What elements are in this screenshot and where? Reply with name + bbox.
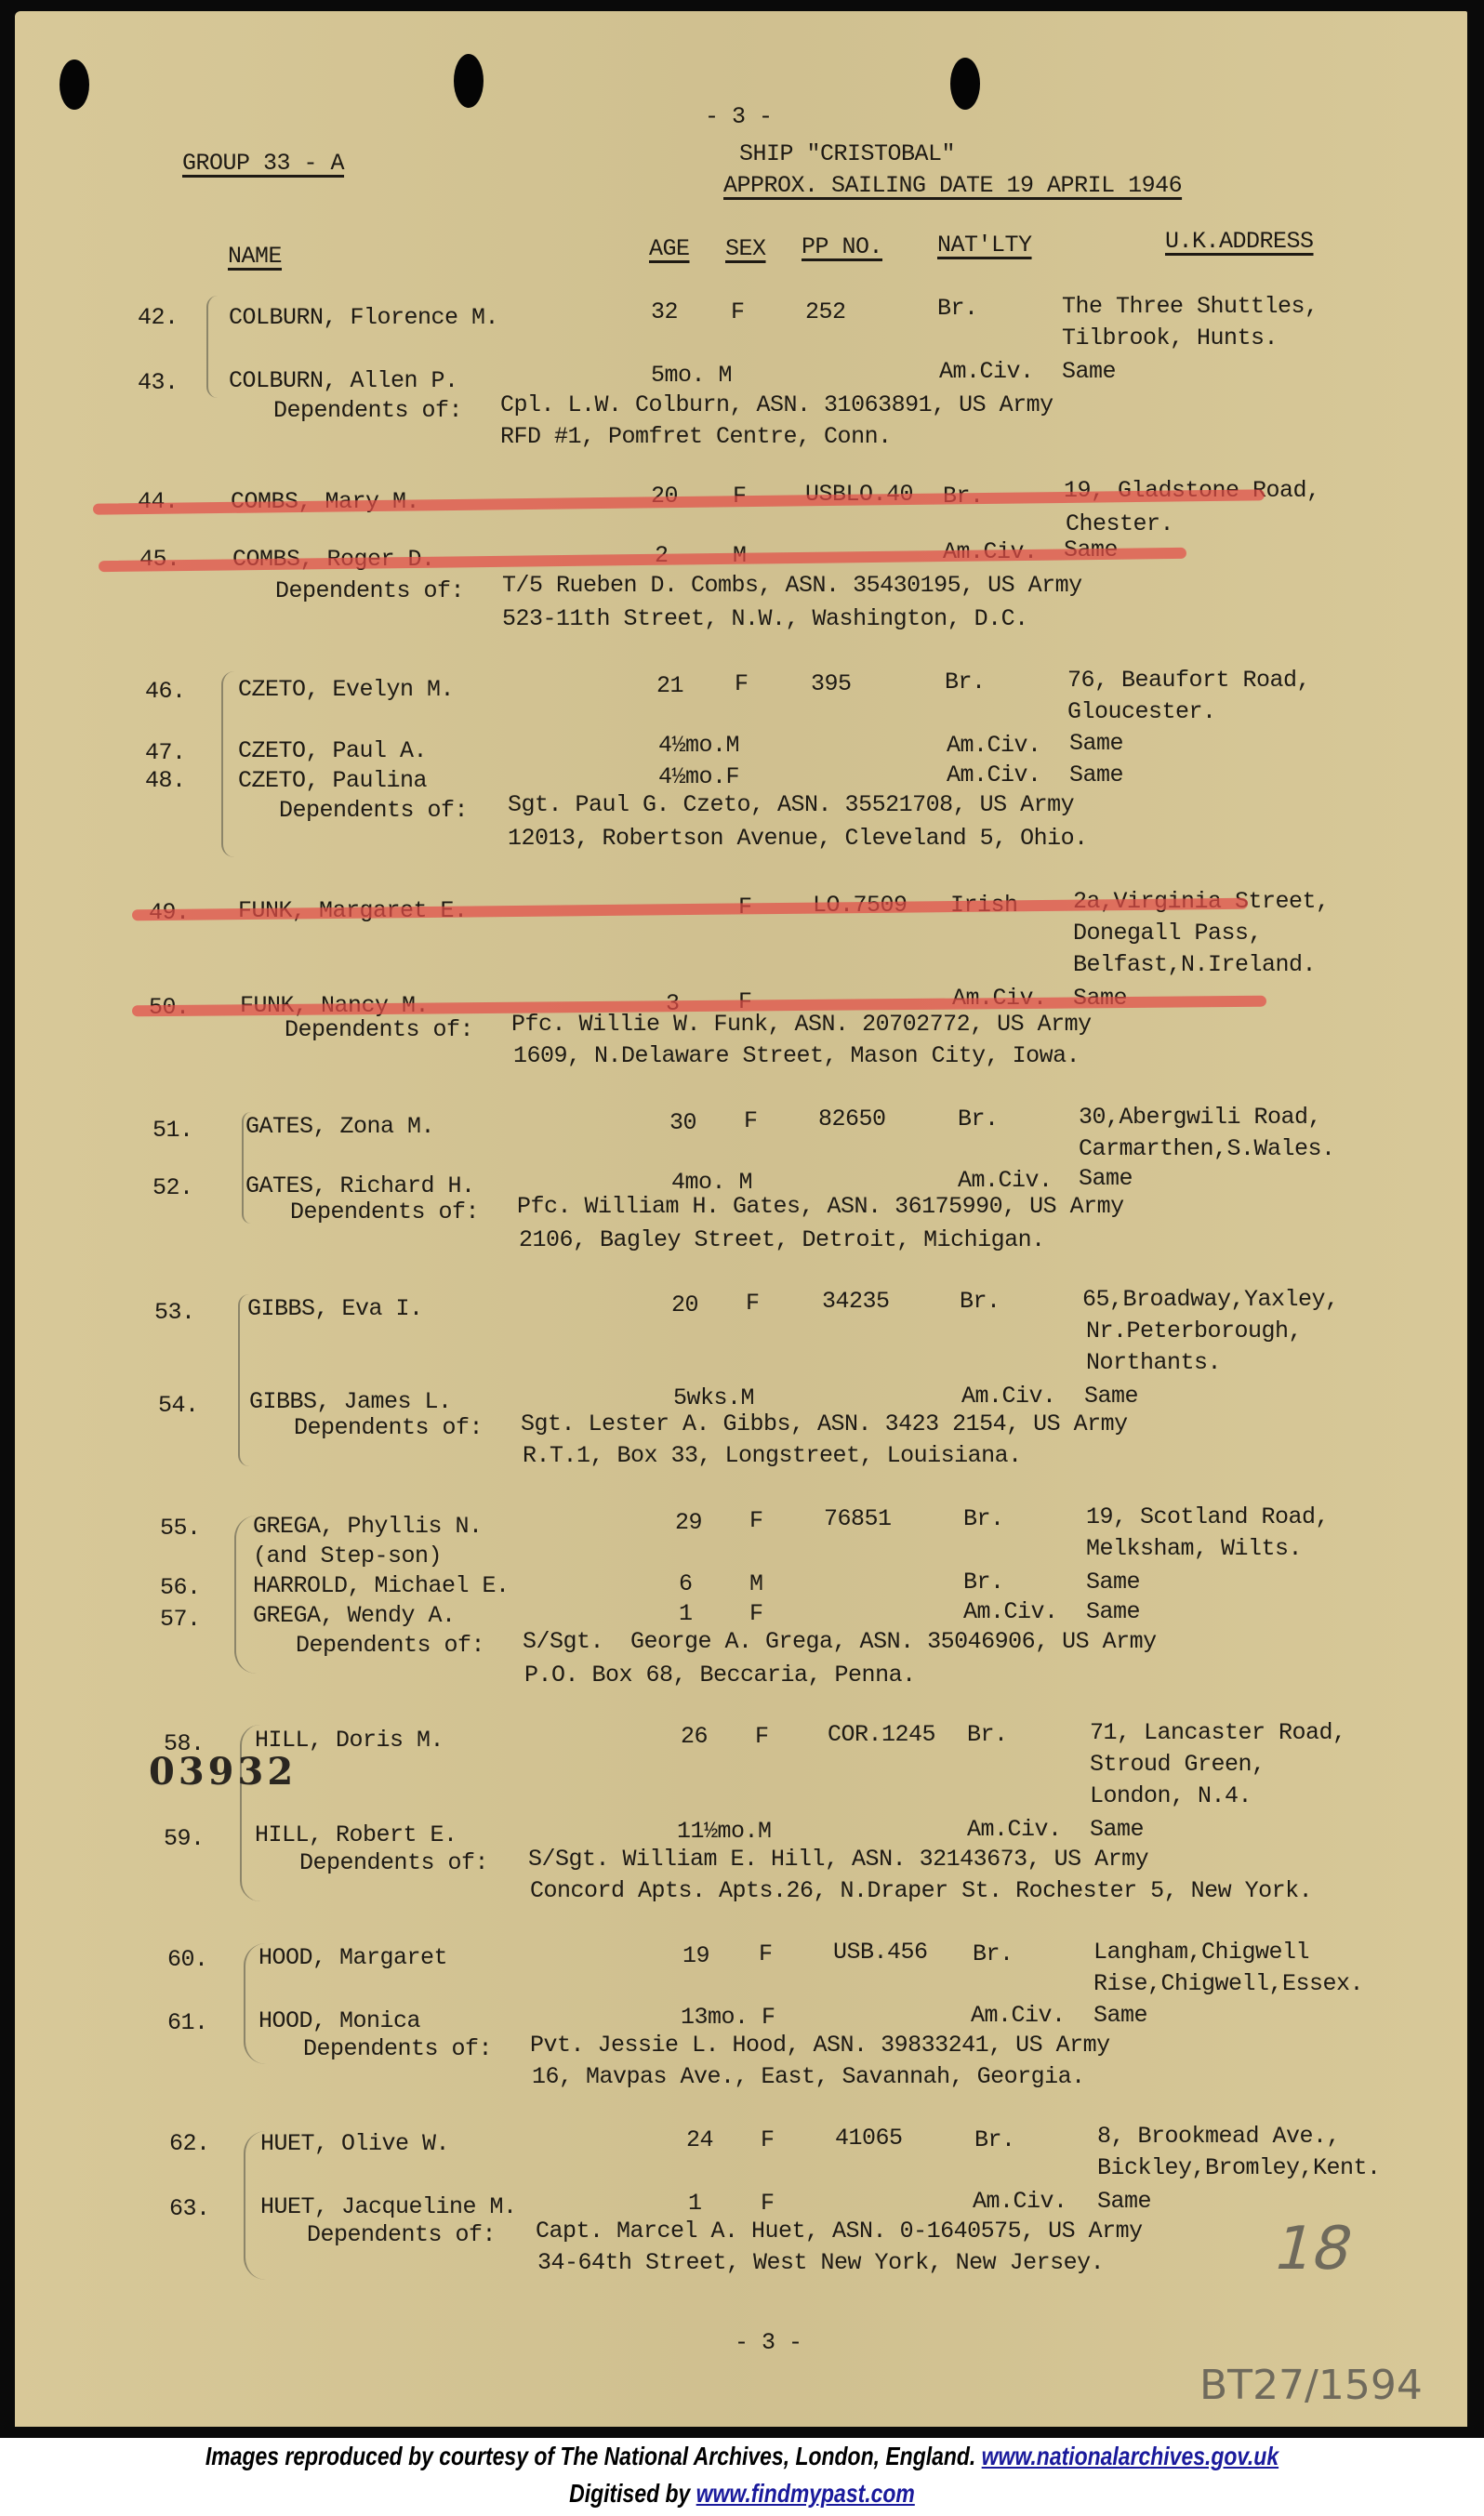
entry-age: 20 — [671, 1292, 698, 1318]
entry-nationality: Br. — [945, 669, 986, 695]
pencil-bracket — [206, 296, 218, 398]
entry-address-line: Same — [1079, 1166, 1133, 1192]
entry-nationality: Am.Civ. — [961, 1384, 1056, 1410]
entry-number: 43. — [138, 370, 179, 396]
entry-age: 19 — [682, 1943, 709, 1969]
dependents-address: 2106, Bagley Street, Detroit, Michigan. — [519, 1227, 1045, 1253]
entry-address-line: Gloucester. — [1067, 699, 1216, 725]
ship-name: SHIP "CRISTOBAL" — [739, 141, 955, 167]
entry-age: 26 — [681, 1724, 708, 1750]
dependents-address: Concord Apts. Apts.26, N.Draper St. Roch… — [530, 1878, 1312, 1904]
dependents-label: Dependents of: — [279, 798, 468, 824]
entry-age: 11½mo.M — [677, 1819, 772, 1845]
entry-age: 5wks.M — [673, 1385, 754, 1411]
dependents-label: Dependents of: — [285, 1017, 473, 1043]
entry-address-line: Bickley,Bromley,Kent. — [1097, 2155, 1381, 2181]
dependents-label: Dependents of: — [303, 2036, 492, 2062]
dependents-sponsor: Pfc. William H. Gates, ASN. 36175990, US… — [517, 1194, 1124, 1220]
archive-reference: BT27/1594 — [1199, 2362, 1423, 2409]
entry-name: GATES, Richard H. — [245, 1173, 475, 1199]
entry-nationality: Br. — [958, 1106, 999, 1132]
entry-name: COLBURN, Allen P. — [229, 368, 458, 394]
entry-age: 1 — [688, 2191, 702, 2217]
entry-age: 5mo. M — [651, 363, 732, 389]
entry-name: HUET, Olive W. — [260, 2131, 449, 2157]
entry-address-line: Langham,Chigwell — [1093, 1940, 1309, 1966]
entry-nationality: Am.Civ. — [971, 2003, 1066, 2029]
entry-number: 51. — [152, 1118, 193, 1144]
page-marker-top: - 3 - — [705, 104, 773, 130]
entry-nationality: Br. — [963, 1569, 1004, 1596]
dependents-label: Dependents of: — [290, 1199, 479, 1225]
dependents-address: R.T.1, Box 33, Longstreet, Louisiana. — [523, 1443, 1022, 1469]
entry-nationality: Br. — [937, 296, 978, 322]
nationalarchives-link[interactable]: www.nationalarchives.gov.uk — [982, 2442, 1279, 2470]
dependents-sponsor: T/5 Rueben D. Combs, ASN. 35430195, US A… — [502, 573, 1082, 599]
entry-name-note: (and Step-son) — [253, 1543, 442, 1569]
entry-nationality: Am.Civ. — [973, 2189, 1067, 2215]
entry-name: HOOD, Monica — [258, 2008, 420, 2034]
entry-name: GREGA, Phyllis N. — [253, 1514, 483, 1540]
entry-age: 4mo. M — [671, 1170, 752, 1196]
entry-address-line: Nr.Peterborough, — [1086, 1318, 1302, 1344]
col-header-address: U.K.ADDRESS — [1165, 229, 1314, 255]
entry-number: 61. — [167, 2010, 208, 2036]
entry-number: 59. — [164, 1826, 205, 1852]
entry-number: 56. — [160, 1575, 201, 1601]
entry-number: 47. — [145, 740, 186, 766]
entry-pp-no: USB.456 — [833, 1940, 928, 1966]
entry-address-line: 65,Broadway,Yaxley, — [1082, 1287, 1339, 1313]
entry-pp-no: 252 — [805, 299, 846, 325]
entry-name: HARROLD, Michael E. — [253, 1573, 510, 1599]
dependents-label: Dependents of: — [299, 1850, 488, 1876]
punch-hole — [950, 58, 980, 110]
entry-number: 52. — [152, 1175, 193, 1201]
entry-sex: F — [749, 1601, 763, 1627]
entry-number: 63. — [169, 2196, 210, 2222]
entry-address-line: Northants. — [1086, 1350, 1221, 1376]
entry-address-line: Same — [1090, 1817, 1144, 1843]
entry-pp-no: 82650 — [818, 1106, 886, 1132]
entry-address-line: Chester. — [1066, 511, 1173, 537]
entry-name: COLBURN, Florence M. — [229, 305, 498, 331]
dependents-address: 523-11th Street, N.W., Washington, D.C. — [502, 606, 1028, 632]
entry-number: 62. — [169, 2131, 210, 2157]
findmypast-link[interactable]: www.findmypast.com — [696, 2479, 915, 2508]
entry-number: 60. — [167, 1947, 208, 1973]
page-marker-bottom: - 3 - — [735, 2330, 802, 2356]
dependents-label: Dependents of: — [275, 578, 464, 604]
dependents-address: 16, Mavpas Ave., East, Savannah, Georgia… — [532, 2064, 1085, 2090]
entry-address-line: Carmarthen,S.Wales. — [1079, 1136, 1335, 1162]
dependents-address: 12013, Robertson Avenue, Cleveland 5, Oh… — [508, 826, 1088, 852]
dependents-sponsor: S/Sgt. William E. Hill, ASN. 32143673, U… — [528, 1847, 1148, 1873]
entry-age: 6 — [679, 1571, 693, 1597]
col-header-age: AGE — [649, 236, 690, 262]
entry-age: 30 — [669, 1110, 696, 1136]
entry-nationality: Am.Civ. — [958, 1168, 1053, 1194]
entry-age: 29 — [675, 1510, 702, 1536]
entry-name: GATES, Zona M. — [245, 1114, 434, 1140]
punch-hole — [60, 60, 89, 110]
entry-sex: F — [744, 1108, 758, 1134]
entry-address-line: Belfast,N.Ireland. — [1073, 952, 1316, 978]
entry-pp-no: 34235 — [822, 1289, 890, 1315]
col-header-sex: SEX — [725, 236, 766, 262]
entry-nationality: Am.Civ. — [947, 762, 1041, 788]
entry-name: CZETO, Paulina — [238, 768, 427, 794]
entry-sex: F — [759, 1941, 773, 1967]
dependents-label: Dependents of: — [307, 2222, 496, 2248]
entry-sex: F — [735, 671, 749, 697]
punch-hole — [454, 54, 484, 108]
dependents-address: 34-64th Street, West New York, New Jerse… — [537, 2250, 1104, 2276]
entry-address-line: 71, Lancaster Road, — [1090, 1720, 1346, 1746]
entry-nationality: Br. — [973, 1941, 1014, 1967]
entry-sex: F — [761, 2127, 775, 2153]
entry-address-line: 76, Beaufort Road, — [1067, 668, 1310, 694]
entry-sex: F — [746, 1291, 760, 1317]
entry-age: 4½mo.F — [658, 764, 739, 790]
entry-number: 54. — [158, 1393, 199, 1419]
dependents-sponsor: Sgt. Paul G. Czeto, ASN. 35521708, US Ar… — [508, 792, 1074, 818]
entry-address-line: Donegall Pass, — [1073, 920, 1262, 947]
entry-number: 48. — [145, 768, 186, 794]
dependents-sponsor: S/Sgt. George A. Grega, ASN. 35046906, U… — [523, 1629, 1157, 1655]
entry-name: GIBBS, Eva I. — [247, 1296, 423, 1322]
entry-name: GIBBS, James L. — [249, 1389, 452, 1415]
dependents-label: Dependents of: — [273, 398, 462, 424]
entry-pp-no: COR.1245 — [828, 1722, 935, 1748]
dependents-address: RFD #1, Pomfret Centre, Conn. — [500, 424, 892, 450]
entry-age: 24 — [686, 2127, 713, 2153]
entry-number: 55. — [160, 1516, 201, 1542]
entry-address-line: Rise,Chigwell,Essex. — [1093, 1971, 1363, 1997]
entry-address-line: Same — [1086, 1599, 1140, 1625]
dependents-sponsor: Cpl. L.W. Colburn, ASN. 31063891, US Arm… — [500, 392, 1053, 418]
margin-stamp-number: 03932 — [149, 1750, 297, 1794]
digitised-line: Digitised by www.findmypast.com — [134, 2479, 1351, 2509]
entry-address-line: Same — [1086, 1569, 1140, 1596]
col-header-pp-no: PP NO. — [802, 234, 882, 260]
entry-number: 46. — [145, 679, 186, 705]
entry-sex: F — [761, 2191, 775, 2217]
entry-nationality: Br. — [974, 2127, 1015, 2153]
dependents-label: Dependents of: — [296, 1633, 484, 1659]
entry-pp-no: 395 — [811, 671, 852, 697]
entry-address-line: Same — [1084, 1384, 1138, 1410]
entry-address-line: Tilbrook, Hunts. — [1062, 325, 1278, 351]
entry-nationality: Am.Civ. — [967, 1817, 1062, 1843]
entry-nationality: Am.Civ. — [939, 359, 1034, 385]
dependents-sponsor: Pvt. Jessie L. Hood, ASN. 39833241, US A… — [530, 2033, 1110, 2059]
entry-name: CZETO, Evelyn M. — [238, 677, 454, 703]
group-label: GROUP 33 - A — [182, 151, 344, 177]
entry-name: HOOD, Margaret — [258, 1945, 447, 1971]
entry-address-line: 8, Brookmead Ave., — [1097, 2124, 1340, 2150]
entry-name: HUET, Jacqueline M. — [260, 2194, 517, 2220]
col-header-name: NAME — [228, 244, 282, 270]
entry-address-line: 19, Scotland Road, — [1086, 1504, 1329, 1530]
dependents-sponsor: Capt. Marcel A. Huet, ASN. 0-1640575, US… — [536, 2218, 1143, 2245]
pencil-bracket — [221, 671, 234, 857]
entry-name: CZETO, Paul A. — [238, 738, 427, 764]
entry-address-line: London, N.4. — [1090, 1783, 1252, 1809]
entry-sex: F — [749, 1508, 763, 1534]
digitised-text: Digitised by — [569, 2479, 690, 2508]
entry-sex: F — [755, 1724, 769, 1750]
entry-nationality: Br. — [960, 1289, 1000, 1315]
entry-nationality: Am.Civ. — [963, 1599, 1058, 1625]
entry-number: 53. — [154, 1300, 195, 1326]
entry-address-line: Melksham, Wilts. — [1086, 1536, 1302, 1562]
entry-address-line: 30,Abergwili Road, — [1079, 1105, 1321, 1131]
dependents-label: Dependents of: — [294, 1415, 483, 1441]
entry-name: GREGA, Wendy A. — [253, 1603, 456, 1629]
credit-text: Images reproduced by courtesy of The Nat… — [205, 2442, 975, 2470]
entry-nationality: Br. — [967, 1722, 1008, 1748]
sailing-date: APPROX. SAILING DATE 19 APRIL 1946 — [723, 173, 1182, 199]
entry-age: 21 — [656, 673, 683, 699]
col-header-nationality: NAT'LTY — [937, 232, 1032, 258]
dependents-address: P.O. Box 68, Beccaria, Penna. — [524, 1662, 916, 1688]
entry-address-line: The Three Shuttles, — [1062, 294, 1318, 320]
dependents-sponsor: Pfc. Willie W. Funk, ASN. 20702772, US A… — [511, 1012, 1092, 1038]
entry-age: 1 — [679, 1601, 693, 1627]
entry-pp-no: 41065 — [835, 2125, 903, 2152]
entry-sex: F — [731, 299, 745, 325]
entry-nationality: Am.Civ. — [947, 733, 1041, 759]
dependents-address: 1609, N.Delaware Street, Mason City, Iow… — [513, 1043, 1080, 1069]
entry-address-line: Same — [1062, 359, 1116, 385]
entry-pp-no: 76851 — [824, 1506, 892, 1532]
entry-sex: M — [749, 1571, 763, 1597]
entry-address-line: Same — [1069, 762, 1123, 788]
entry-number: 57. — [160, 1607, 201, 1633]
entry-age: 13mo. F — [681, 2005, 775, 2031]
entry-nationality: Br. — [963, 1506, 1004, 1532]
credit-line: Images reproduced by courtesy of The Nat… — [134, 2442, 1351, 2471]
entry-address-line: Same — [1069, 731, 1123, 757]
entry-name: HILL, Robert E. — [255, 1822, 457, 1848]
entry-address-line: Stroud Green, — [1090, 1752, 1265, 1778]
entry-age: 4½mo.M — [658, 733, 739, 759]
entry-address-line: Same — [1097, 2189, 1151, 2215]
dependents-sponsor: Sgt. Lester A. Gibbs, ASN. 3423 2154, US… — [521, 1411, 1128, 1437]
entry-age: 32 — [651, 299, 678, 325]
entry-address-line: Same — [1093, 2003, 1147, 2029]
entry-number: 42. — [138, 305, 179, 331]
